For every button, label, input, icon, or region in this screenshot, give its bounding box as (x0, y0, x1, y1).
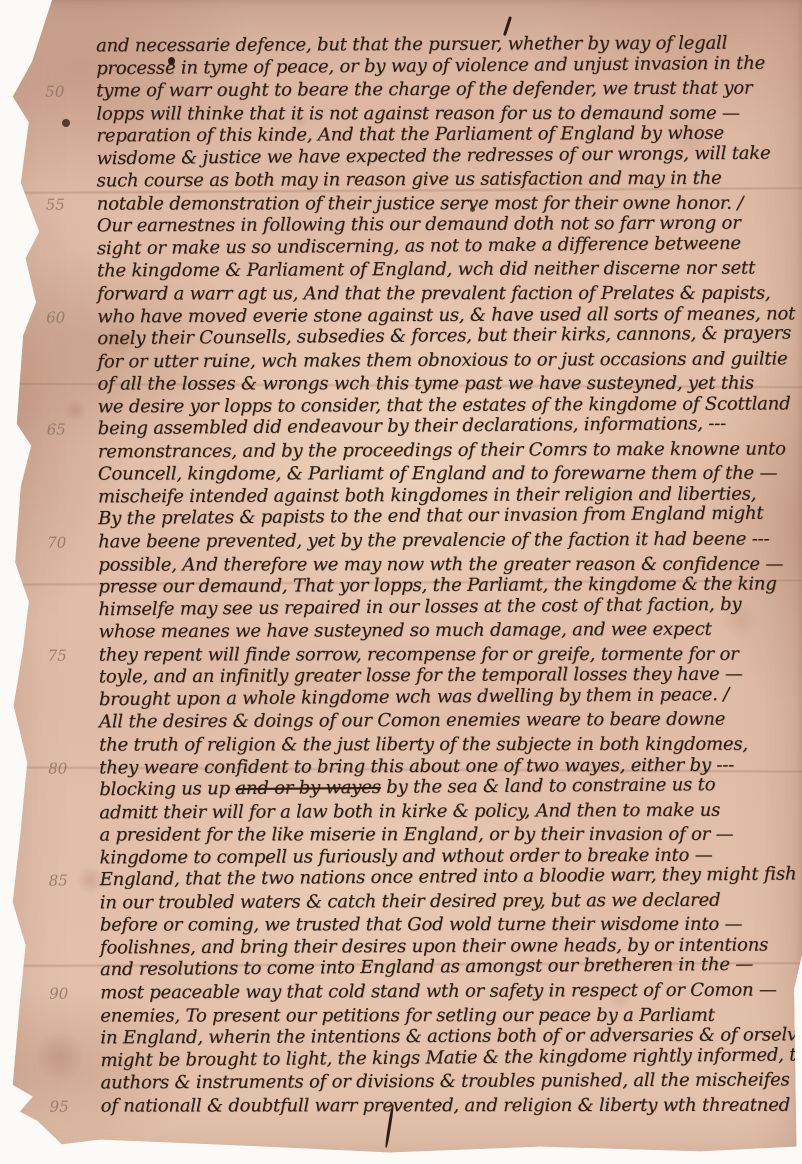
manuscript-line: onely their Counsells, subsedies & force… (41, 323, 797, 352)
manuscript-line-text: and resolutions to come into England as … (100, 954, 753, 980)
margin-line-number: 70 (42, 533, 98, 551)
manuscript-line-text: most peaceable way that cold stand wth o… (100, 979, 777, 1003)
manuscript-line: 70have beene prevented, yet by the preva… (42, 528, 798, 554)
manuscript-line-text: remonstrances, and by the proceedings of… (98, 438, 786, 462)
manuscript-scan: and necessarie defence, but that the pur… (0, 0, 802, 1164)
manuscript-line-text: enemies, To present our petitions for se… (100, 1004, 714, 1026)
manuscript-line-text: himselfe may see us repaired in our loss… (98, 594, 741, 620)
manuscript-line-text: wisdome & justice we have expected the r… (96, 142, 770, 169)
manuscript-line-text: possible, And therefore we may now wth t… (98, 553, 783, 575)
manuscript-line: enemies, To present our petitions for se… (44, 1004, 800, 1027)
manuscript-line-text: the truth of religion & the just liberty… (99, 734, 748, 756)
manuscript-line: before or coming, we trusted that God wo… (44, 914, 800, 937)
manuscript-line: the truth of religion & the just liberty… (43, 734, 799, 757)
manuscript-line: and resolutions to come into England as … (44, 954, 800, 983)
manuscript-line: in our troubled waters & catch their des… (44, 889, 800, 915)
manuscript-line: such course as both may in reason give u… (41, 168, 797, 194)
manuscript-line-text: England, that the two nations once entre… (100, 864, 797, 891)
manuscript-line-text: sight or make us so undiscerning, as not… (97, 233, 741, 259)
manuscript-line-text: tyme of warr ought to beare the charge o… (96, 78, 752, 102)
margin-line-number: 90 (44, 984, 100, 1002)
manuscript-line-text: forward a warr agt us, And that the prev… (97, 283, 770, 305)
margin-line-number: 75 (43, 646, 99, 664)
manuscript-line-text: the kingdome & Parliament of England, wc… (97, 258, 755, 282)
manuscript-line: authors & instruments of or divisions & … (45, 1069, 801, 1095)
manuscript-paper: and necessarie defence, but that the pur… (0, 0, 802, 1164)
manuscript-line: 55notable demonstration of their justice… (41, 193, 797, 216)
manuscript-line: of all the losses & wrongs wch this tyme… (42, 373, 798, 396)
manuscript-line-text: a president for the like miserie in Engl… (99, 824, 733, 846)
manuscript-line: a president for the like miserie in Engl… (43, 824, 799, 847)
manuscript-line-text: they repent will finde sorrow, recompens… (99, 644, 739, 666)
manuscript-line: 50tyme of warr ought to beare the charge… (40, 77, 796, 103)
margin-line-number: 65 (42, 420, 98, 438)
manuscript-line: the kingdome & Parliament of England, wc… (41, 258, 797, 284)
manuscript-line-text: for or utter ruine, wch makes them obnox… (97, 348, 787, 372)
manuscript-line: lopps will thinke that it is not against… (40, 102, 796, 125)
margin-line-number: 50 (40, 82, 96, 100)
manuscript-line-text: authors & instruments of or divisions & … (101, 1069, 802, 1093)
manuscript-line-text: notable demonstration of their justice s… (97, 193, 743, 215)
margin-line-number: 55 (41, 195, 97, 213)
margin-line-number: 60 (41, 308, 97, 326)
manuscript-line-text: onely their Counsells, subsedies & force… (97, 323, 791, 350)
manuscript-line: whose meanes we have susteyned so much d… (43, 619, 799, 645)
manuscript-line: All the desires & doings of our Comon en… (43, 709, 799, 735)
manuscript-line-text: being assembled did endeavour by their d… (98, 413, 726, 439)
manuscript-line-text: of all the losses & wrongs wch this tyme… (98, 373, 754, 395)
manuscript-line: admitt their will for a law both in kirk… (43, 799, 799, 825)
margin-line-number: 85 (44, 871, 100, 889)
manuscript-line: 85England, that the two nations once ent… (44, 864, 800, 893)
margin-line-number: 95 (45, 1097, 101, 1115)
manuscript-line-text: whose meanes we have susteyned so much d… (99, 619, 712, 643)
manuscript-line: 65being assembled did endeavour by their… (42, 413, 798, 442)
manuscript-line: Councell, kingdome, & Parliamt of Englan… (42, 463, 798, 486)
manuscript-line-text: brought upon a whole kingdome wch was dw… (99, 684, 729, 710)
manuscript-line: possible, And therefore we may now wth t… (42, 553, 798, 576)
manuscript-line-text: of nationall & doubtfull warr prevented,… (101, 1094, 802, 1116)
struck-through-words: and or by wayes (235, 777, 381, 799)
manuscript-line: forward a warr agt us, And that the prev… (41, 283, 797, 306)
manuscript-line-text: lopps will thinke that it is not against… (96, 102, 739, 124)
manuscript-line-text: such course as both may in reason give u… (97, 168, 722, 192)
manuscript-line: 95of nationall & doubtfull warr prevente… (45, 1094, 801, 1117)
manuscript-line-text: in our troubled waters & catch their des… (100, 889, 721, 913)
manuscript-line: for or utter ruine, wch makes them obnox… (41, 348, 797, 374)
manuscript-text: and necessarie defence, but that the pur… (40, 32, 801, 1118)
manuscript-line: 75they repent will finde sorrow, recompe… (43, 643, 799, 666)
manuscript-line: blocking us up and or by wayes by the se… (43, 773, 799, 802)
manuscript-line-text: before or coming, we trusted that God wo… (100, 914, 742, 936)
manuscript-line: remonstrances, and by the proceedings of… (42, 438, 798, 464)
margin-line-number: 80 (43, 759, 99, 777)
manuscript-line-text: By the prelates & papists to the end tha… (98, 503, 763, 529)
manuscript-line-text: admitt their will for a law both in kirk… (99, 799, 720, 823)
manuscript-line-text: have beene prevented, yet by the prevale… (98, 529, 769, 553)
manuscript-line-text: All the desires & doings of our Comon en… (99, 709, 725, 733)
manuscript-line: 90most peaceable way that cold stand wth… (44, 979, 800, 1005)
manuscript-line-text: blocking us up and or by wayes by the se… (99, 774, 715, 800)
manuscript-line: By the prelates & papists to the end tha… (42, 503, 798, 532)
manuscript-line-text: Councell, kingdome, & Parliamt of Englan… (98, 463, 777, 485)
